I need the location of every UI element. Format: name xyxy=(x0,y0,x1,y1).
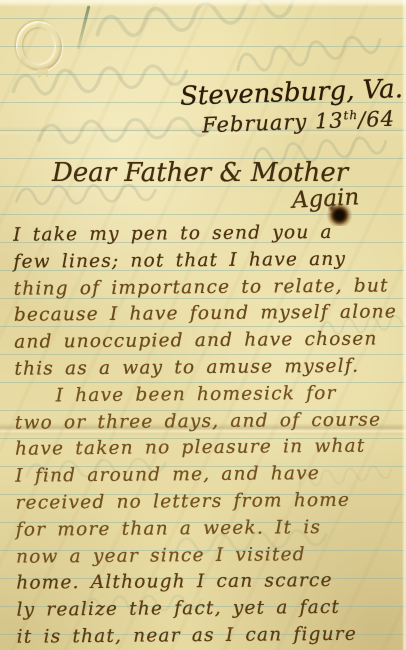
letter-line: few lines; not that I have any xyxy=(13,246,399,276)
embossed-seal-inner-ring xyxy=(20,25,59,67)
letter-line: for more than a week. It is xyxy=(16,514,402,544)
date-suffix: th xyxy=(343,108,358,122)
letter-line: received no letters from home xyxy=(15,487,401,517)
letter-line: ly realize the fact, yet a fact xyxy=(16,594,402,624)
letter-line: it is that, near as I can figure xyxy=(17,621,403,650)
date-year: /64 xyxy=(358,107,396,132)
letter-line: have taken no pleasure in what xyxy=(15,434,401,464)
letter-body: I take my pen to send you a few lines; n… xyxy=(13,219,403,650)
letter-line: now a year since I visited xyxy=(16,541,402,571)
letter-line: home. Although I can scarce xyxy=(16,568,402,598)
letter-line: because I have found myself alone xyxy=(14,300,400,330)
letter-line: I find around me, and have xyxy=(15,460,401,490)
letter-line: I take my pen to send you a xyxy=(13,219,399,249)
letter-line: and unoccupied and have chosen xyxy=(14,327,400,357)
letter-line: this as a way to amuse myself. xyxy=(14,353,400,383)
letter-line: I have been homesick for xyxy=(15,380,401,410)
salutation: Dear Father & Mother xyxy=(52,158,348,188)
letter-line: thing of importance to relate, but xyxy=(14,273,400,303)
date-main: February 13 xyxy=(202,108,344,137)
letter-scan: Stevensburg, Va. February 13th/64 Dear F… xyxy=(0,0,406,650)
letter-line: two or three days, and of course xyxy=(15,407,401,437)
